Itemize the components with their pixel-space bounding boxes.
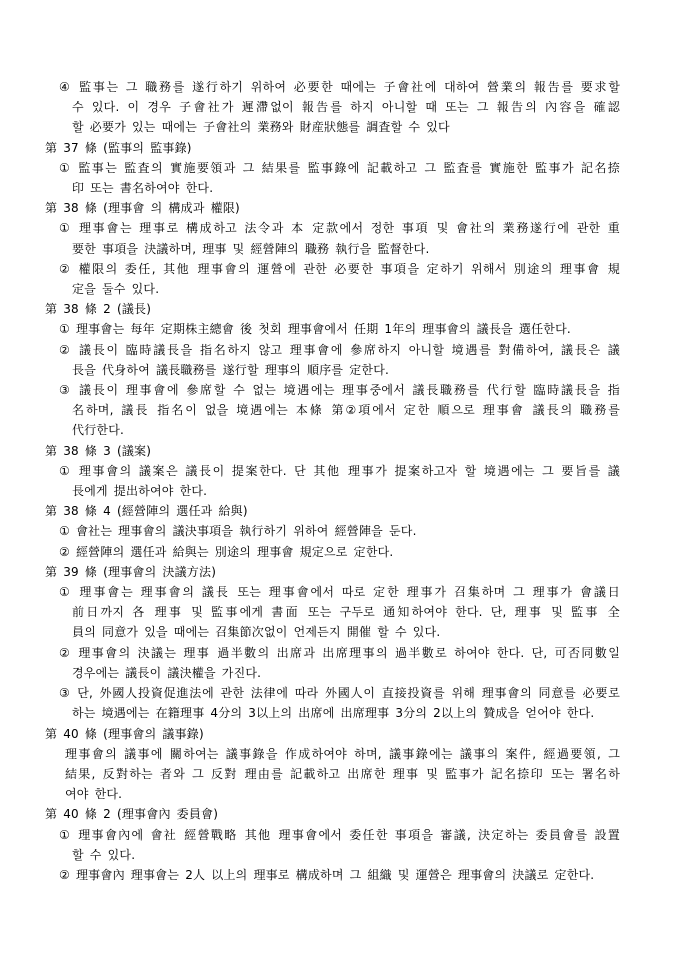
text-line: ② 權限의 委任, 其他 理事會의 運營에 관한 必要한 事項을 定하기 위해서… (59, 259, 620, 279)
text-line: ② 經營陣의 選任과 給與는 別途의 理事會 規定으로 定한다. (59, 542, 620, 562)
text-line: 名하며, 議長 指名이 없을 境遇에는 本條 第②項에서 定한 順으로 理事會 … (72, 400, 620, 420)
text-line: 結果, 反對하는 者와 그 反對 理由를 記載하고 出席한 理事 및 監事가 記… (65, 764, 620, 784)
text-line: ① 理事會의 議案은 議長이 提案한다. 단 其他 理事가 提案하고자 할 境遇… (59, 461, 620, 481)
text-line: 第 38 條 4 (經營陣의 選任과 給與) (45, 501, 620, 521)
text-line: 第 40 條 2 (理事會內 委員會) (45, 804, 620, 824)
text-line: 第 40 條 (理事會의 議事錄) (45, 724, 620, 744)
text-line: 하는 境遇에는 在籍理事 4分의 3以上의 出席에 出席理事 3分의 2以上의 … (72, 703, 620, 723)
text-line: ③ 단, 外國人投資促進法에 관한 法律에 따라 外國人이 直接投資를 위해 理… (59, 683, 620, 703)
text-line: 定을 둘수 있다. (72, 279, 620, 299)
text-line: 第 38 條 2 (議長) (45, 299, 620, 319)
text-line: 여야 한다. (65, 784, 620, 804)
text-line: ① 理事會內에 會社 經營戰略 其他 理事會에서 委任한 事項을 審議, 決定하… (59, 825, 620, 845)
text-line: 代行한다. (72, 420, 620, 440)
text-line: 할 必要가 있는 때에는 子會社의 業務와 財産狀態를 調査할 수 있다 (72, 117, 620, 137)
text-line: 理事會의 議事에 關하여는 議事錄을 作成하여야 하며, 議事錄에는 議事의 案… (65, 744, 620, 764)
text-line: 第 38 條 3 (議案) (45, 441, 620, 461)
text-line: 수 있다. 이 경우 子會社가 遲滯없이 報告를 하지 아니할 때 또는 그 報… (72, 97, 620, 117)
text-line: ① 理事會는 理事會의 議長 또는 理事會에서 따로 定한 理事가 召集하며 그… (59, 582, 620, 602)
text-line: 前日까지 各 理事 및 監事에게 書面 또는 구두로 通知하여야 한다. 단, … (72, 602, 620, 622)
text-line: ① 會社는 理事會의 議決事項을 執行하기 위하여 經營陣을 둔다. (59, 521, 620, 541)
text-line: 第 38 條 (理事會 의 構成과 權限) (45, 198, 620, 218)
text-line: ① 理事會는 理事로 構成하고 法令과 本 定款에서 정한 事項 및 會社의 業… (59, 218, 620, 238)
text-line: ① 監事는 監査의 實施要領과 그 結果를 監事錄에 記載하고 그 監査를 實施… (59, 158, 620, 178)
text-line: 경우에는 議長이 議決權을 가진다. (72, 663, 620, 683)
text-line: ③ 議長이 理事會에 參席할 수 없는 境遇에는 理事중에서 議長職務를 代行할… (59, 380, 620, 400)
text-line: ① 理事會는 每年 定期株主總會 後 첫회 理事會에서 任期 1年의 理事會의 … (59, 319, 620, 339)
text-line: 長에게 提出하여야 한다. (72, 481, 620, 501)
text-line: ② 議長이 臨時議長을 指名하지 않고 理事會에 參席하지 아니할 境遇를 對備… (59, 340, 620, 360)
text-line: ④ 監事는 그 職務를 遂行하기 위하여 必要한 때에는 子會社에 대하여 營業… (59, 77, 620, 97)
text-line: ② 理事會內 理事會는 2人 以上의 理事로 構成하며 그 組織 및 運營은 理… (59, 865, 620, 885)
document-body: ④ 監事는 그 職務를 遂行하기 위하여 必要한 때에는 子會社에 대하여 營業… (0, 0, 680, 885)
text-line: ② 理事會의 決議는 理事 過半數의 出席과 出席理事의 過半數로 하여야 한다… (59, 643, 620, 663)
text-line: 長을 代身하여 議長職務를 遂行할 理事의 順序를 定한다. (72, 360, 620, 380)
text-line: 할 수 있다. (72, 845, 620, 865)
text-line: 要한 事項을 決議하며, 理事 및 經營陣의 職務 執行을 監督한다. (72, 239, 620, 259)
text-line: 第 39 條 (理事會의 決議方法) (45, 562, 620, 582)
text-line: 印 또는 書名하여야 한다. (72, 178, 620, 198)
text-line: 第 37 條 (監事의 監事錄) (45, 138, 620, 158)
text-line: 員의 同意가 있을 때에는 召集節次없이 언제든지 開催 할 수 있다. (72, 622, 620, 642)
document-page: ④ 監事는 그 職務를 遂行하기 위하여 必要한 때에는 子會社에 대하여 營業… (0, 0, 680, 962)
